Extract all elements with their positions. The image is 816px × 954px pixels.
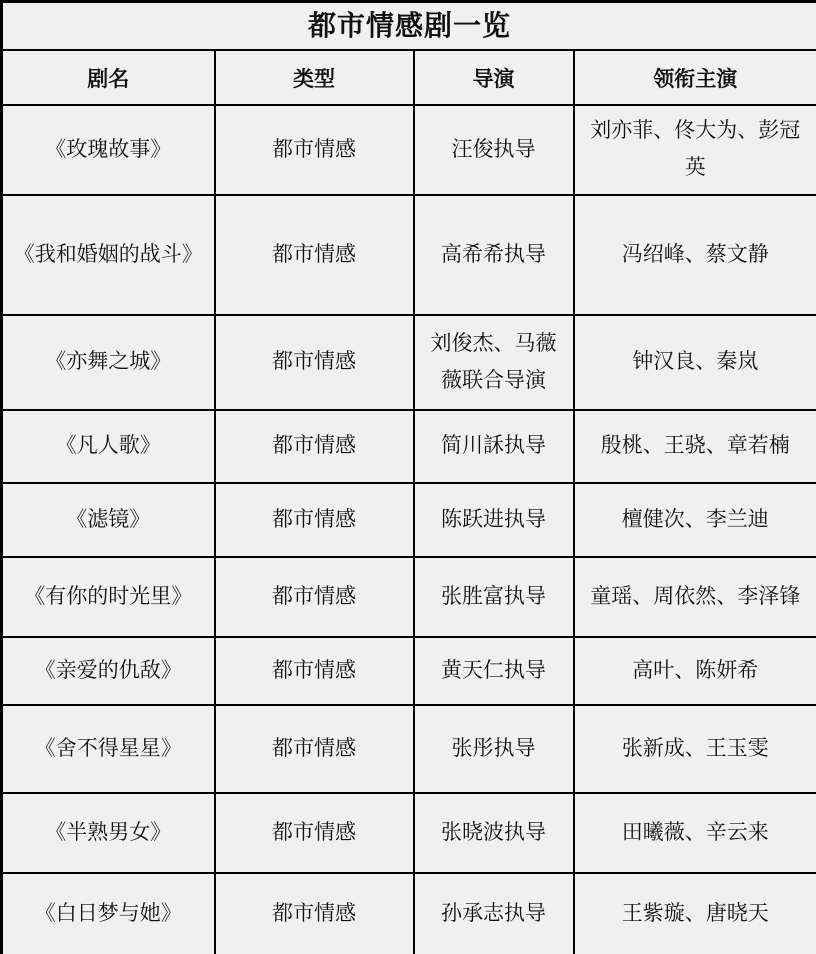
table-row: 《滤镜》 都市情感 陈跃进执导 檀健次、李兰迪 xyxy=(2,483,816,557)
table-row: 《我和婚姻的战斗》 都市情感 高希希执导 冯绍峰、蔡文静 xyxy=(2,195,816,315)
cell-lead-cast: 檀健次、李兰迪 xyxy=(574,483,816,557)
cell-director: 黄天仁执导 xyxy=(414,637,574,705)
cell-drama-name: 《亲爱的仇敌》 xyxy=(2,637,215,705)
cell-director: 汪俊执导 xyxy=(414,105,574,195)
cell-lead-cast: 张新成、王玉雯 xyxy=(574,705,816,793)
cell-director: 张彤执导 xyxy=(414,705,574,793)
table-row: 《凡人歌》 都市情感 简川訸执导 殷桃、王骁、章若楠 xyxy=(2,410,816,483)
cell-director: 简川訸执导 xyxy=(414,410,574,483)
table-row: 《有你的时光里》 都市情感 张胜富执导 童瑶、周依然、李泽锋 xyxy=(2,557,816,637)
cell-director: 张晓波执导 xyxy=(414,793,574,873)
column-header-lead-cast: 领衔主演 xyxy=(574,50,816,105)
table-row: 《亲爱的仇敌》 都市情感 黄天仁执导 高叶、陈妍希 xyxy=(2,637,816,705)
cell-director: 高希希执导 xyxy=(414,195,574,315)
title-row: 都市情感剧一览 xyxy=(2,2,816,51)
cell-director: 张胜富执导 xyxy=(414,557,574,637)
cell-drama-name: 《有你的时光里》 xyxy=(2,557,215,637)
cell-lead-cast: 刘亦菲、佟大为、彭冠英 xyxy=(574,105,816,195)
cell-type: 都市情感 xyxy=(215,873,414,954)
cell-drama-name: 《半熟男女》 xyxy=(2,793,215,873)
screenshot-root: 闪 传 参 媒 都市情感剧一览 剧名 类型 导演 领衔主演 《玫瑰故事》 xyxy=(0,0,816,954)
cell-type: 都市情感 xyxy=(215,195,414,315)
cell-lead-cast: 田曦薇、辛云来 xyxy=(574,793,816,873)
cell-director: 陈跃进执导 xyxy=(414,483,574,557)
cell-type: 都市情感 xyxy=(215,315,414,410)
header-row: 剧名 类型 导演 领衔主演 xyxy=(2,50,816,105)
cell-lead-cast: 冯绍峰、蔡文静 xyxy=(574,195,816,315)
column-header-drama-name: 剧名 xyxy=(2,50,215,105)
cell-type: 都市情感 xyxy=(215,410,414,483)
cell-director: 孙承志执导 xyxy=(414,873,574,954)
cell-lead-cast: 钟汉良、秦岚 xyxy=(574,315,816,410)
table-row: 《白日梦与她》 都市情感 孙承志执导 王紫璇、唐晓天 xyxy=(2,873,816,954)
cell-director: 刘俊杰、马薇薇联合导演 xyxy=(414,315,574,410)
cell-drama-name: 《亦舞之城》 xyxy=(2,315,215,410)
cell-type: 都市情感 xyxy=(215,637,414,705)
cell-type: 都市情感 xyxy=(215,483,414,557)
table-row: 《舍不得星星》 都市情感 张彤执导 张新成、王玉雯 xyxy=(2,705,816,793)
cell-lead-cast: 王紫璇、唐晓天 xyxy=(574,873,816,954)
cell-type: 都市情感 xyxy=(215,705,414,793)
table-title: 都市情感剧一览 xyxy=(2,2,816,51)
column-header-type: 类型 xyxy=(215,50,414,105)
cell-type: 都市情感 xyxy=(215,557,414,637)
column-header-director: 导演 xyxy=(414,50,574,105)
cell-type: 都市情感 xyxy=(215,793,414,873)
drama-table: 都市情感剧一览 剧名 类型 导演 领衔主演 《玫瑰故事》 都市情感 汪俊执导 刘… xyxy=(0,0,816,954)
cell-lead-cast: 殷桃、王骁、章若楠 xyxy=(574,410,816,483)
cell-drama-name: 《白日梦与她》 xyxy=(2,873,215,954)
cell-lead-cast: 高叶、陈妍希 xyxy=(574,637,816,705)
cell-drama-name: 《凡人歌》 xyxy=(2,410,215,483)
cell-drama-name: 《玫瑰故事》 xyxy=(2,105,215,195)
cell-drama-name: 《舍不得星星》 xyxy=(2,705,215,793)
table-row: 《半熟男女》 都市情感 张晓波执导 田曦薇、辛云来 xyxy=(2,793,816,873)
cell-type: 都市情感 xyxy=(215,105,414,195)
cell-drama-name: 《我和婚姻的战斗》 xyxy=(2,195,215,315)
table-row: 《玫瑰故事》 都市情感 汪俊执导 刘亦菲、佟大为、彭冠英 xyxy=(2,105,816,195)
cell-lead-cast: 童瑶、周依然、李泽锋 xyxy=(574,557,816,637)
table-row: 《亦舞之城》 都市情感 刘俊杰、马薇薇联合导演 钟汉良、秦岚 xyxy=(2,315,816,410)
cell-drama-name: 《滤镜》 xyxy=(2,483,215,557)
